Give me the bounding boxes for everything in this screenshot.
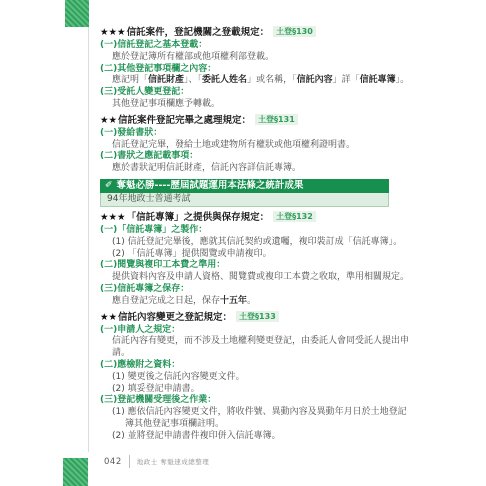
item-heading: (二)應檢附之資料： [100,360,412,372]
margin-rule [88,27,89,452]
item-heading: (二)其他登記事項欄之內容： [100,64,412,76]
statute-badge: 土登§132 [273,211,316,222]
corner-decoration-top [65,0,89,27]
item-heading: (一)信託登記之基本登載： [100,40,412,52]
section-130: ★★★信託案件，登記機關之登載規定：土登§130 (一)信託登記之基本登載： 應… [100,26,412,111]
section-133: ★★信託內容變更之登記規定：土登§133 (一)申請人之規定： 信託內容有變更，… [100,311,412,443]
statute-badge: 土登§131 [255,114,298,125]
exam-stats-banner-title: 奪魁必勝----歷屆試題運用本法條之統計成果 [117,179,304,193]
exam-year-bar: 94年地政士普通考試 [100,193,389,207]
item-numbered-body: (1) 變更後之信託內容變更文件。 [100,372,412,384]
item-numbered-body: (2) 「信託專簿」提供閱覽或申請複印。 [100,249,412,261]
book-title: 地政士 奪魁速成總整理 [137,457,210,466]
section-title: ★★信託內容變更之登記規定：土登§133 [100,311,412,324]
item-numbered-body: (2) 填妥登記申請書。 [100,384,412,396]
item-body: 信託登記完畢，發給土地或建物所有權狀或他項權利證明書。 [100,140,412,152]
item-heading: (一)發給書狀： [100,128,412,140]
item-numbered-body: (2) 並將登記申請書件複印併入信託專簿。 [100,431,412,443]
section-title-text: 信託案件登記完畢之處理規定： [118,115,251,126]
statute-badge: 土登§130 [273,26,316,37]
item-body: 應記明「信託財產」、「委託人姓名」或名稱，「信託內容」詳「信託專簿」。 [100,75,412,87]
importance-stars: ★★★ [100,212,126,223]
exam-stats-banner: ✐ 奪魁必勝----歷屆試題運用本法條之統計成果 94年地政士普通考試 [100,179,389,207]
item-heading: (三)受託人變更登記： [100,87,412,99]
corner-decoration-bottom [63,458,88,486]
item-heading: (三)登記機關受理後之作業： [100,395,412,407]
importance-stars: ★★ [100,115,117,126]
item-body: 其他登記事項欄應予轉載。 [100,99,412,111]
item-body: 提供資料內容及申請人資格、閱覽費或複印工本費之收取，準用相關規定。 [100,272,412,284]
statute-badge: 土登§133 [236,311,279,322]
item-heading: (二)閱覽與複印工本費之準用： [100,260,412,272]
exam-stats-banner-header: ✐ 奪魁必勝----歷屆試題運用本法條之統計成果 [100,179,389,193]
importance-stars: ★★ [100,312,117,323]
item-body: 應自登記完成之日起，保存十五年。 [100,296,412,308]
item-body: 應於登記簿所有權部或他項權利部登載。 [100,52,412,64]
section-132: ★★★「信託專簿」之提供與保存規定：土登§132 (一)「信託專簿」之製作： (… [100,211,412,308]
importance-stars: ★★★ [100,27,126,38]
section-title-text: 「信託專簿」之提供與保存規定： [127,212,270,223]
item-heading: (一)「信託專簿」之製作： [100,225,412,237]
section-title-text: 信託案件，登記機關之登載規定： [127,27,270,38]
item-heading: (二)書狀之應記載事項： [100,151,412,163]
page-content: ★★★信託案件，登記機關之登載規定：土登§130 (一)信託登記之基本登載： 應… [100,26,412,443]
section-131: ★★信託案件登記完畢之處理規定：土登§131 (一)發給書狀： 信託登記完畢，發… [100,114,412,175]
item-body: 應於書狀記明信託財產，信託內容詳信託專簿。 [100,163,412,175]
section-title-text: 信託內容變更之登記規定： [118,312,232,323]
section-title: ★★信託案件登記完畢之處理規定：土登§131 [100,114,412,127]
item-body: 信託內容有變更，而不涉及土地權利變更登記，由委託人會同受託人提出申請。 [100,336,412,360]
item-numbered-body: (1) 應依信託內容變更文件，將收件號、異動內容及異動年月日於土地登記簿其他登記… [100,407,412,431]
page-footer: 042 地政士 奪魁速成總整理 [104,455,209,468]
pen-icon: ✐ [105,178,113,192]
footer-divider [129,455,130,468]
section-title: ★★★信託案件，登記機關之登載規定：土登§130 [100,26,412,39]
item-heading: (一)申請人之規定： [100,325,412,337]
section-title: ★★★「信託專簿」之提供與保存規定：土登§132 [100,211,412,224]
page-number: 042 [104,457,122,467]
item-numbered-body: (1) 信託登記完畢後，應就其信託契約或遺囑，複印裝訂成「信託專簿」。 [100,237,412,249]
book-page: ★★★信託案件，登記機關之登載規定：土登§130 (一)信託登記之基本登載： 應… [0,0,486,486]
item-heading: (三)信託專簿之保存： [100,284,412,296]
